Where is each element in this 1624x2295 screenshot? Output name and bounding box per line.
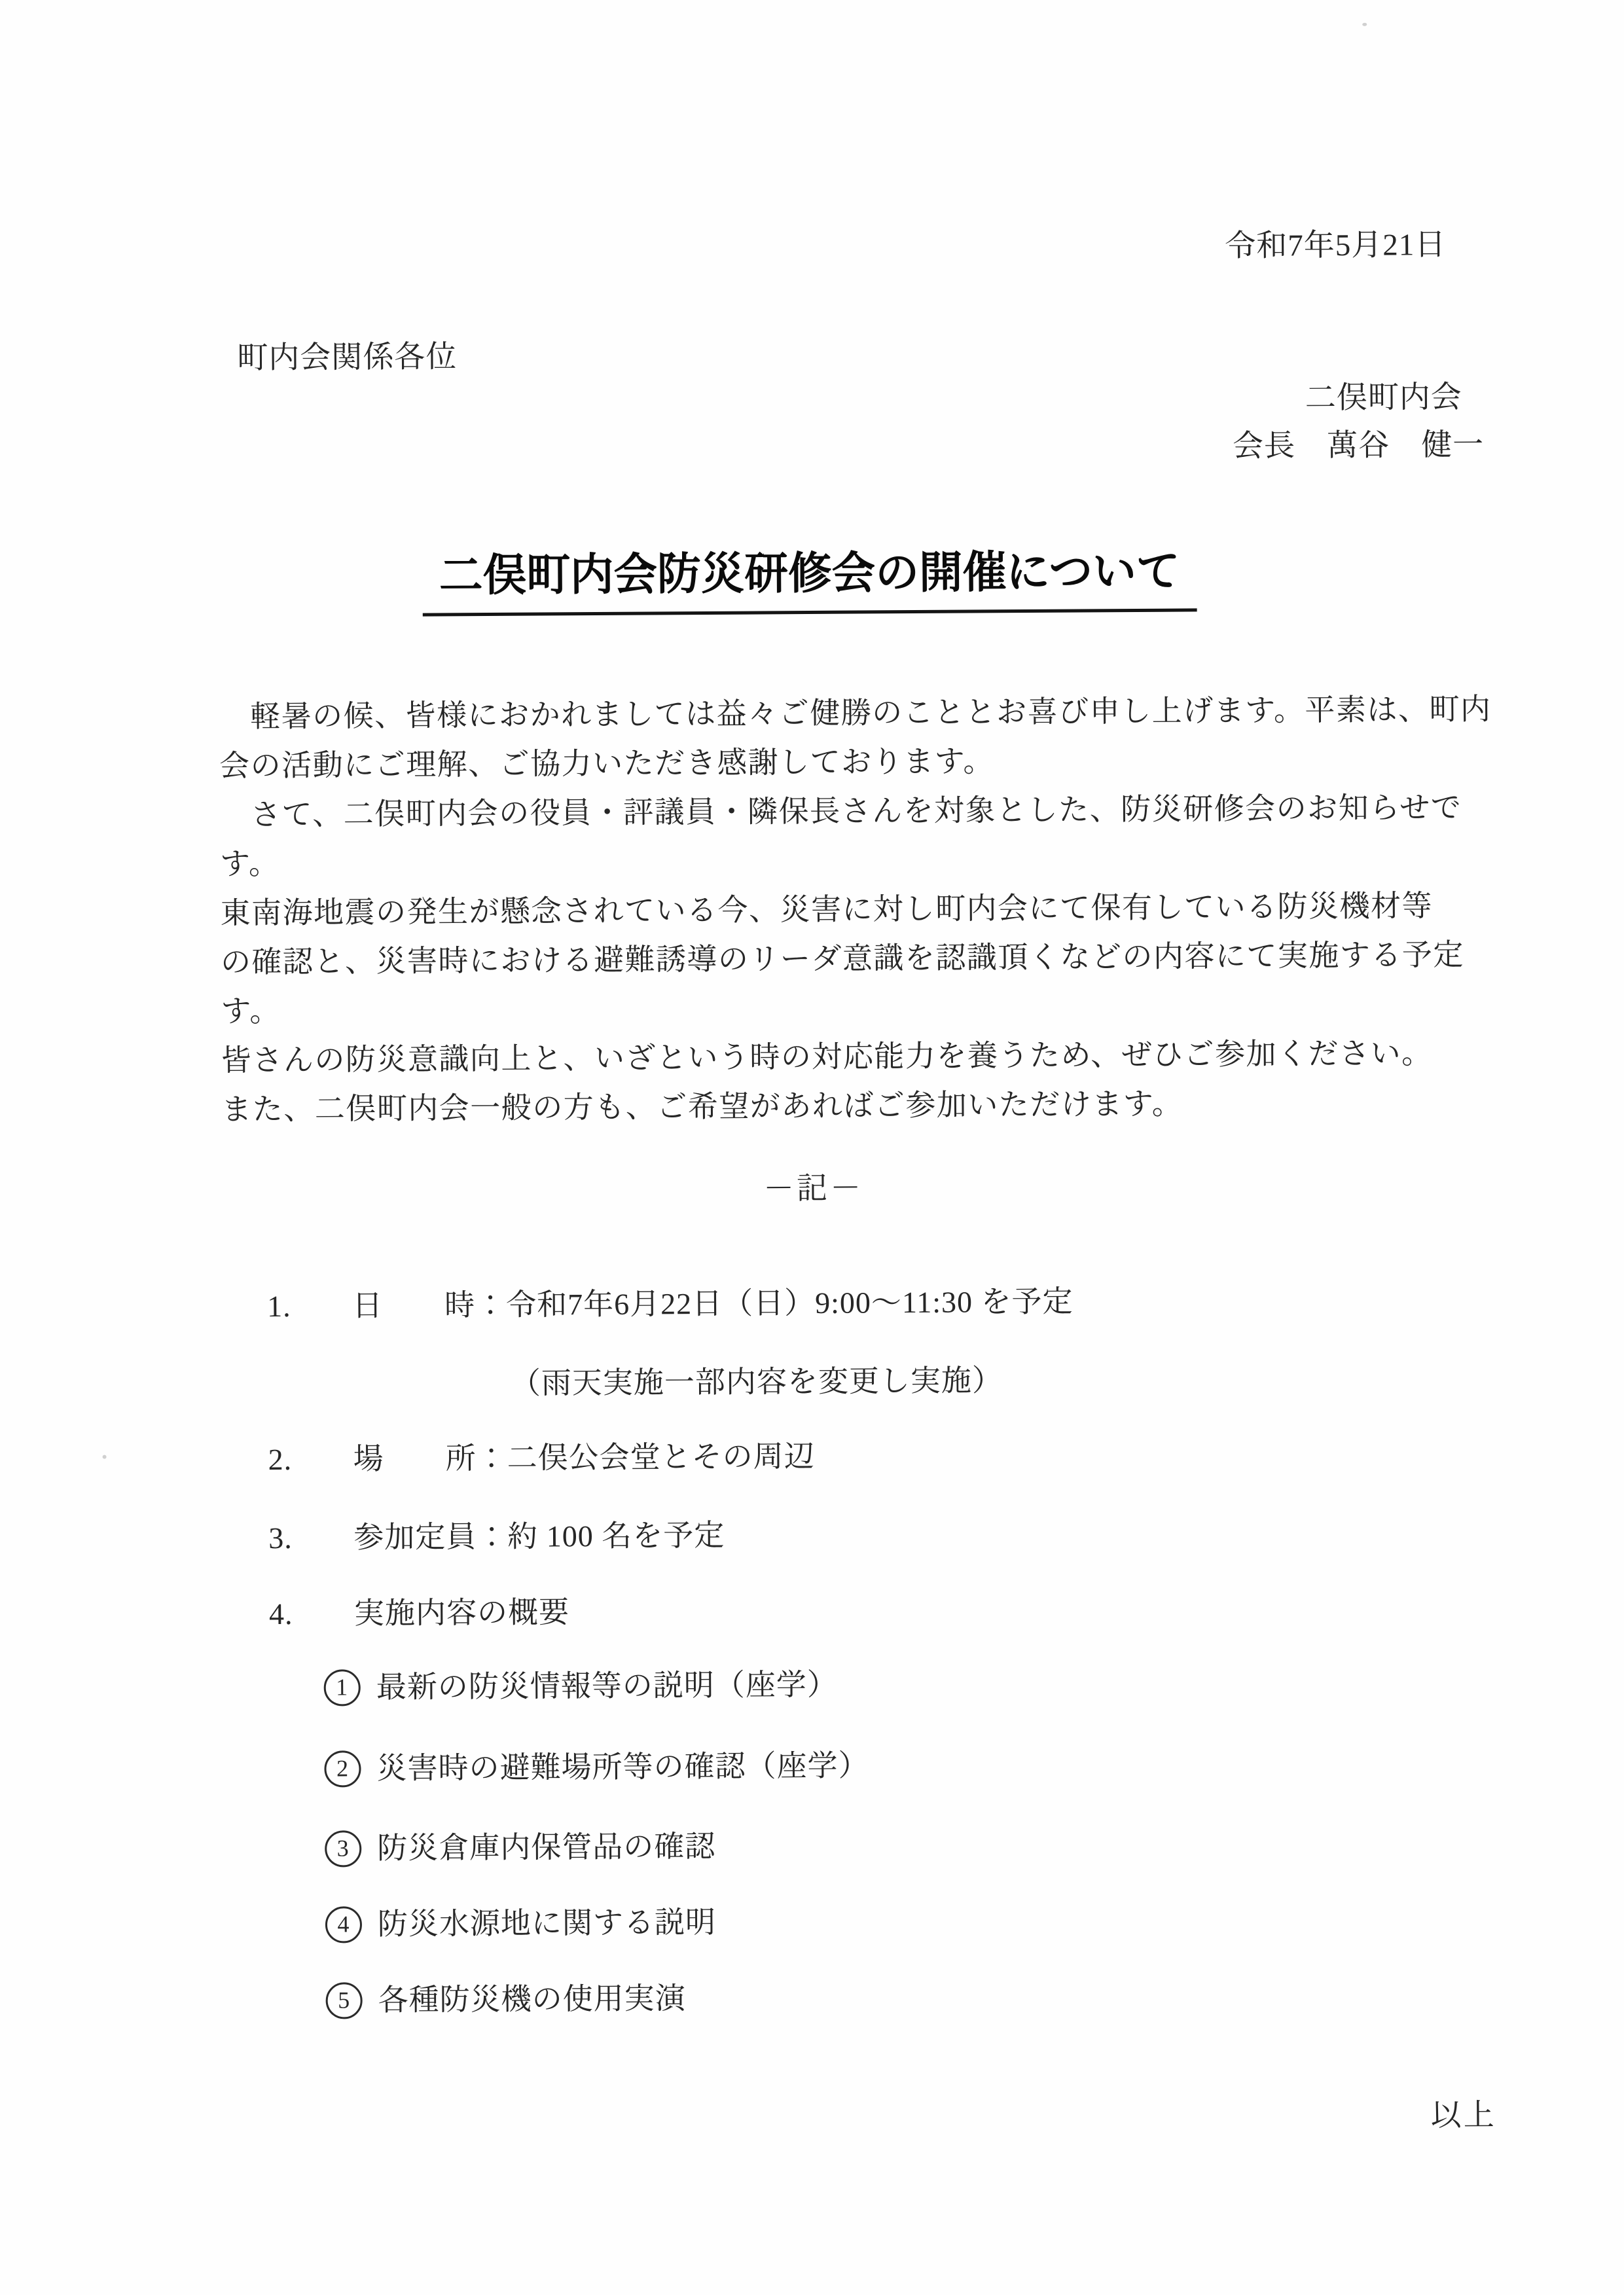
sub-item-5: 5各種防災機の使用実演 <box>325 1980 685 2019</box>
document-title: 二俣町内会防災研修会の開催について <box>0 533 1622 619</box>
list-item-overview: 4.実施内容の概要 <box>269 1593 569 1633</box>
list-item-rain-note: （雨天実施一部内容を変更し実施） <box>511 1362 1003 1402</box>
body-line: 軽暑の候、皆様におかれましては益々ご健勝のこととお喜び申し上げます。平素は、町内 <box>219 685 1494 742</box>
body-line: さて、二俣町内会の役員・評議員・隣保長さんを対象とした、防災研修会のお知らせです… <box>219 783 1496 889</box>
body-line: の確認と、災害時における避難誘導のリーダ意識を認識頂くなどの内容にて実施する予定 <box>221 930 1496 987</box>
sub-item-4: 4防災水源地に関する説明 <box>325 1904 716 1943</box>
list-item-datetime: 1.日 時：令和7年6月22日（日）9:00～11:30 を予定 <box>267 1283 1074 1326</box>
scan-layer: 令和7年5月21日 町内会関係各位 二俣町内会 会長 萬谷 健一 二俣町内会防災… <box>0 0 1624 2295</box>
list-item-text: 参加定員：約 100 名を予定 <box>353 1517 725 1557</box>
list-item-number: 2. <box>268 1440 353 1478</box>
date-line: 令和7年5月21日 <box>1225 226 1446 264</box>
circled-number-icon: 5 <box>325 1982 362 2019</box>
circled-number-icon: 4 <box>325 1906 362 1943</box>
sender-person: 会長 萬谷 健一 <box>1233 427 1484 465</box>
sub-item-text: 最新の防災情報等の説明（座学） <box>376 1667 838 1705</box>
list-item-number: 3. <box>268 1519 353 1557</box>
sub-item-text: 災害時の避難場所等の確認（座学） <box>376 1748 869 1787</box>
body-line: 会の活動にご理解、ご協力いただき感謝しております。 <box>219 734 1495 791</box>
list-item-number: 4. <box>269 1595 354 1633</box>
circled-number-icon: 3 <box>325 1830 361 1867</box>
list-item-text: 場 所：二俣公会堂とその周辺 <box>353 1437 814 1478</box>
body-line: また、二俣町内会一般の方も、ご希望があればご参加いただけます。 <box>221 1077 1497 1134</box>
sub-item-1: 1最新の防災情報等の説明（座学） <box>324 1667 838 1707</box>
section-marker: －記－ <box>1 1159 1624 1212</box>
body-line: す。 <box>221 979 1496 1036</box>
scan-speck <box>1362 23 1367 26</box>
list-item-text: （雨天実施一部内容を変更し実施） <box>511 1362 1003 1402</box>
circled-number-icon: 1 <box>324 1669 361 1706</box>
list-item-capacity: 3.参加定員：約 100 名を予定 <box>268 1517 725 1557</box>
sub-item-3: 3防災倉庫内保管品の確認 <box>325 1828 715 1868</box>
sub-item-2: 2災害時の避難場所等の確認（座学） <box>324 1747 869 1787</box>
list-item-text: 実施内容の概要 <box>354 1593 569 1633</box>
sub-item-text: 防災水源地に関する説明 <box>378 1904 716 1942</box>
list-item-text: 日 時：令和7年6月22日（日）9:00～11:30 を予定 <box>352 1283 1074 1325</box>
document-page: 令和7年5月21日 町内会関係各位 二俣町内会 会長 萬谷 健一 二俣町内会防災… <box>0 0 1624 2295</box>
sender-organization: 二俣町内会 <box>1305 379 1462 417</box>
body-line: 皆さんの防災意識向上と、いざという時の対応能力を養うため、ぜひご参加ください。 <box>221 1028 1497 1085</box>
scan-speck <box>103 1455 107 1459</box>
sub-item-text: 防災倉庫内保管品の確認 <box>377 1828 715 1866</box>
circled-number-icon: 2 <box>324 1750 361 1787</box>
body-paragraphs: 軽暑の候、皆様におかれましては益々ご健勝のこととお喜び申し上げます。平素は、町内… <box>219 685 1497 1134</box>
addressee-line: 町内会関係各位 <box>237 338 457 376</box>
list-item-number: 1. <box>267 1287 352 1325</box>
body-line: 東南海地震の発生が懸念されている今、災害に対し町内会にて保有している防災機材等 <box>220 881 1496 938</box>
sub-item-text: 各種防災機の使用実演 <box>378 1981 685 2019</box>
list-item-place: 2.場 所：二俣公会堂とその周辺 <box>268 1437 814 1479</box>
closing-word: 以上 <box>1431 2097 1496 2135</box>
document-title-text: 二俣町内会防災研修会の開催について <box>422 535 1197 616</box>
